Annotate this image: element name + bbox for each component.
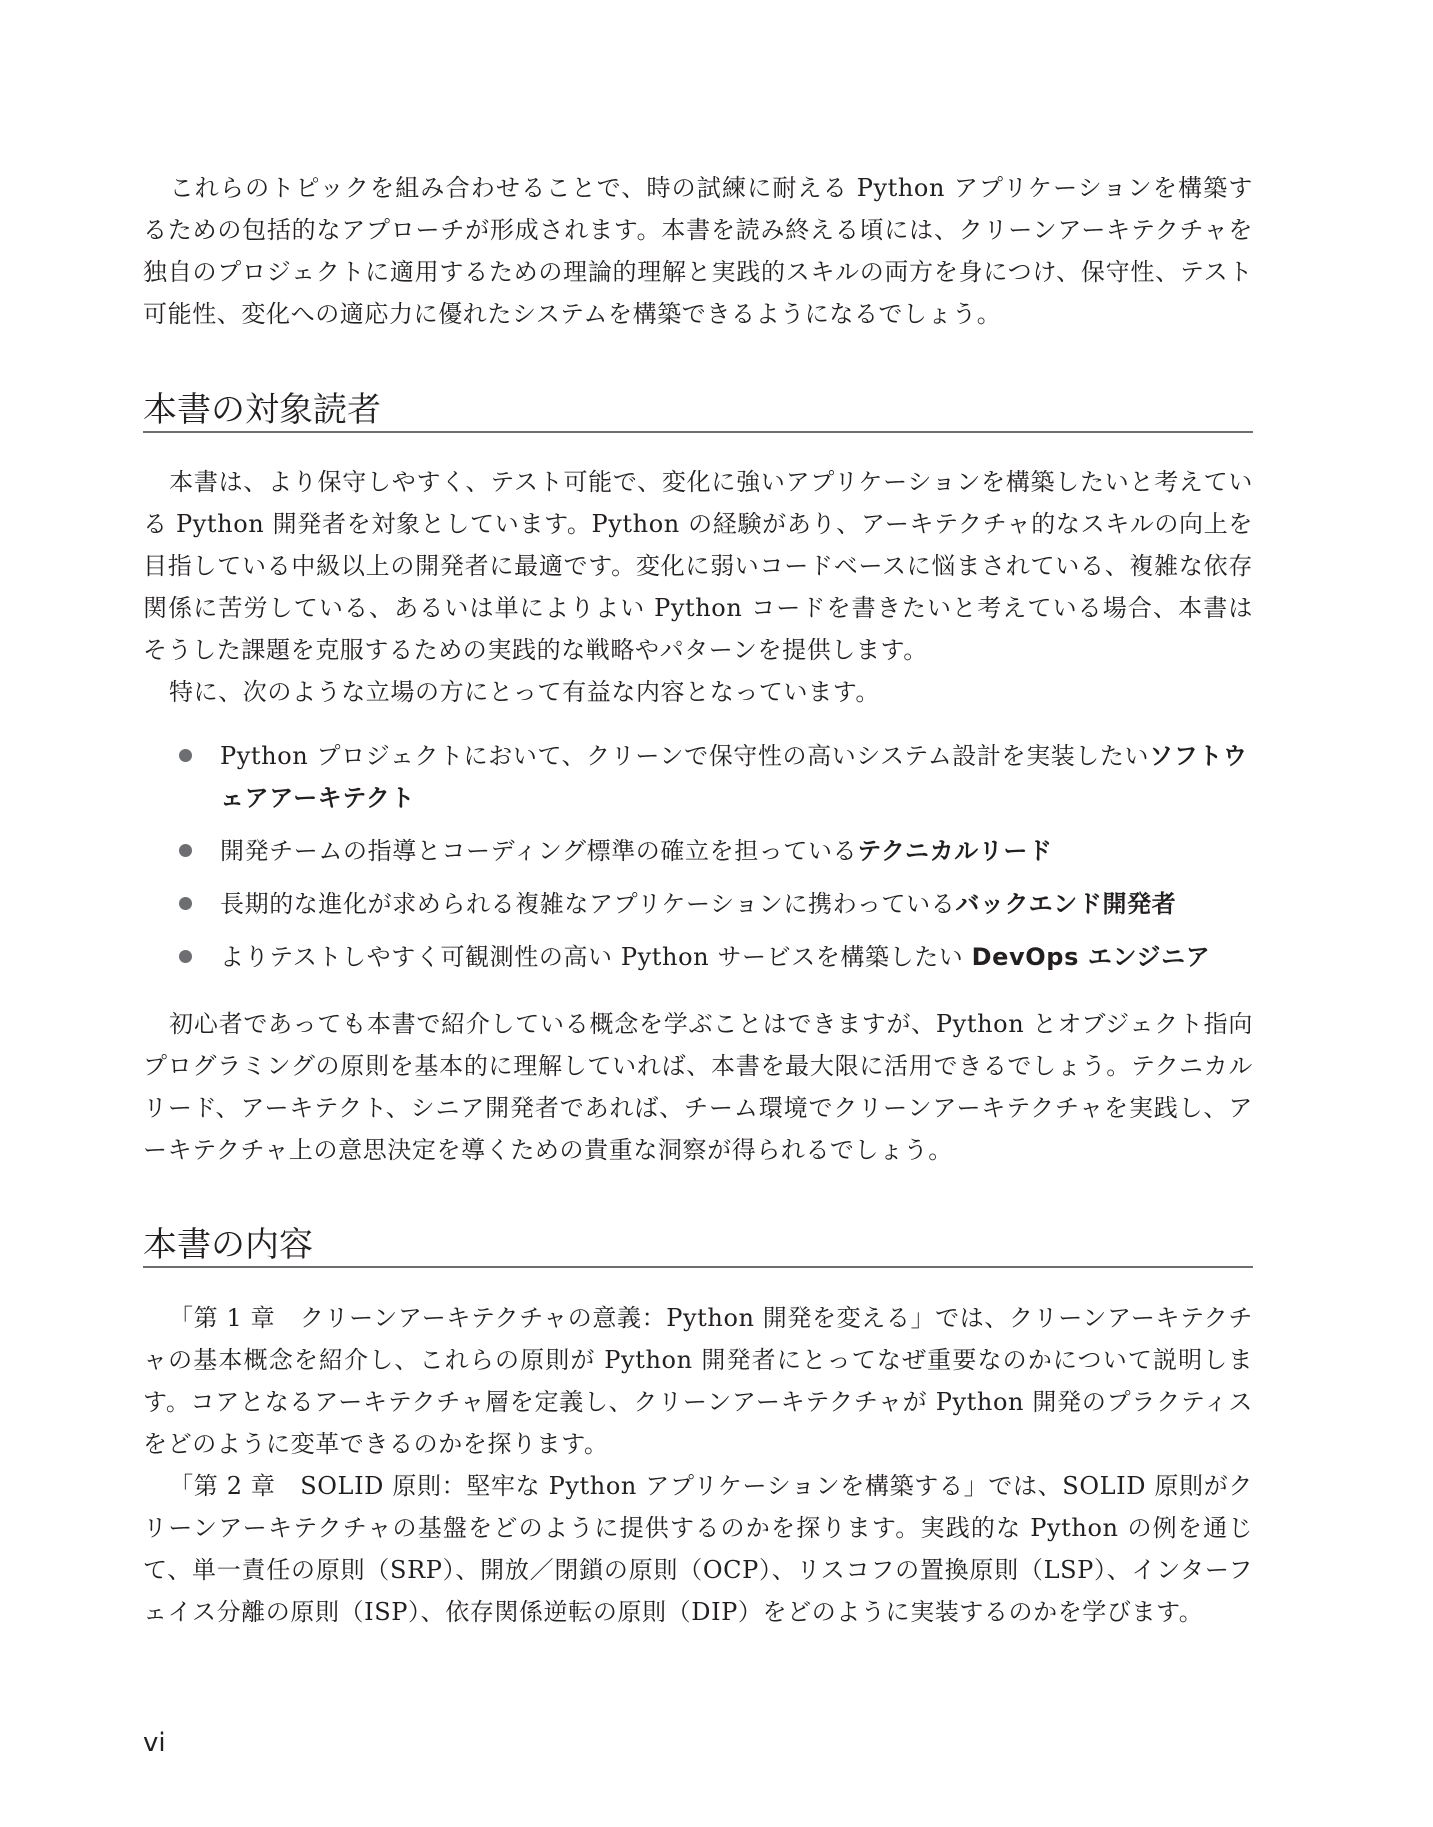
intro-paragraph-text: これらのトピックを組み合わせることで、時の試練に耐える Python アプリケー… xyxy=(143,174,1253,328)
bullet-text: よりテストしやすく可観測性の高い Python サービスを構築したい xyxy=(220,943,972,971)
contents-paragraph-1: 「第 1 章 クリーンアーキテクチャの意義：Python 開発を変える」では、ク… xyxy=(143,1297,1253,1465)
page-number: vi xyxy=(143,1728,166,1758)
intro-paragraph: これらのトピックを組み合わせることで、時の試練に耐える Python アプリケー… xyxy=(143,167,1253,335)
bullet-icon xyxy=(179,749,192,762)
list-item: 開発チームの指導とコーディング標準の確立を担っているテクニカルリード xyxy=(143,830,1253,872)
audience-paragraph-2: 特に、次のような立場の方にとって有益な内容となっています。 xyxy=(143,671,1253,713)
bullet-bold-term: バックエンド開発者 xyxy=(955,890,1176,918)
audience-paragraph-3-text: 初心者であっても本書で紹介している概念を学ぶことはできますが、Python とオ… xyxy=(143,1010,1253,1164)
audience-paragraph-3: 初心者であっても本書で紹介している概念を学ぶことはできますが、Python とオ… xyxy=(143,1003,1253,1171)
bullet-bold-term: DevOps エンジニア xyxy=(972,943,1211,971)
heading-rule xyxy=(143,431,1253,433)
contents-paragraph-1-text: 「第 1 章 クリーンアーキテクチャの意義：Python 開発を変える」では、ク… xyxy=(143,1304,1253,1458)
bullet-icon xyxy=(179,950,192,963)
bullet-icon xyxy=(179,844,192,857)
bullet-text: 開発チームの指導とコーディング標準の確立を担っている xyxy=(220,837,857,865)
bullet-text: Python プロジェクトにおいて、クリーンで保守性の高いシステム設計を実装した… xyxy=(220,742,1149,770)
list-item: Python プロジェクトにおいて、クリーンで保守性の高いシステム設計を実装した… xyxy=(143,735,1253,819)
audience-paragraph-2-text: 特に、次のような立場の方にとって有益な内容となっています。 xyxy=(169,678,880,706)
contents-paragraph-2-text: 「第 2 章 SOLID 原則：堅牢な Python アプリケーションを構築する… xyxy=(143,1472,1253,1626)
bullet-text: 長期的な進化が求められる複雑なアプリケーションに携わっている xyxy=(220,890,955,918)
section-heading-contents: 本書の内容 xyxy=(143,1223,1253,1267)
list-item: 長期的な進化が求められる複雑なアプリケーションに携わっているバックエンド開発者 xyxy=(143,883,1253,925)
contents-paragraph-2: 「第 2 章 SOLID 原則：堅牢な Python アプリケーションを構築する… xyxy=(143,1465,1253,1633)
section-heading-audience: 本書の対象読者 xyxy=(143,388,1253,432)
bullet-icon xyxy=(179,897,192,910)
audience-bullet-list: Python プロジェクトにおいて、クリーンで保守性の高いシステム設計を実装した… xyxy=(143,735,1253,989)
list-item: よりテストしやすく可観測性の高い Python サービスを構築したい DevOp… xyxy=(143,936,1253,978)
bullet-bold-term: テクニカルリード xyxy=(857,837,1052,865)
audience-paragraph-1-text: 本書は、より保守しやすく、テスト可能で、変化に強いアプリケーションを構築したいと… xyxy=(143,468,1253,664)
heading-rule xyxy=(143,1266,1253,1268)
audience-paragraph-1: 本書は、より保守しやすく、テスト可能で、変化に強いアプリケーションを構築したいと… xyxy=(143,461,1253,671)
